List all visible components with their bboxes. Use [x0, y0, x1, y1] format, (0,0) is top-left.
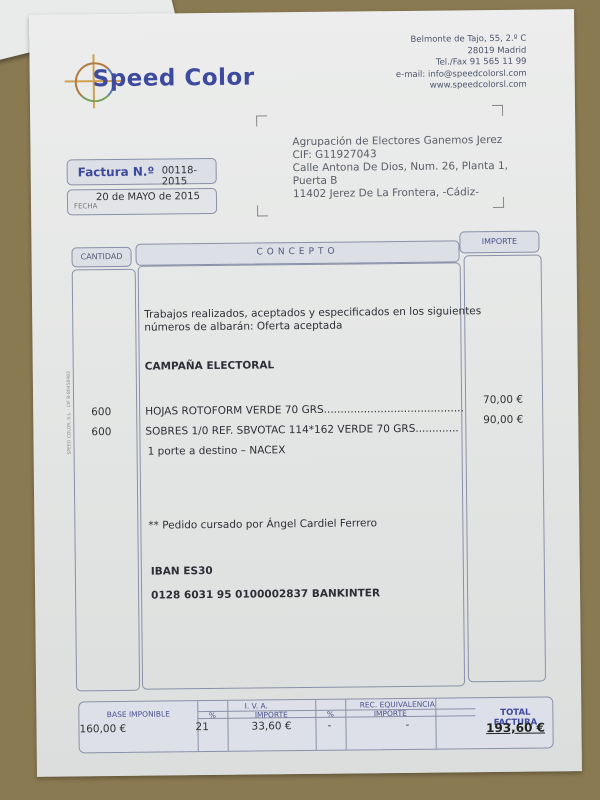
amount-column	[464, 255, 546, 683]
company-web: www.speedcolorsl.com	[396, 80, 527, 93]
base-value: 160,00 €	[79, 723, 126, 735]
company-address-1: Belmonte de Tajo, 55, 2.º C	[395, 34, 526, 47]
section-title: CAMPAÑA ELECTORAL	[145, 359, 275, 372]
quantity-header: CANTIDAD	[71, 247, 131, 268]
intro-line-2: números de albarán: Oferta aceptada	[144, 320, 342, 334]
rec-amount-label: IMPORTE	[345, 709, 435, 719]
item-amount: 90,00 €	[473, 414, 523, 427]
client-address: Agrupación de Electores Ganemos Jerez CI…	[292, 134, 508, 201]
totals-box: BASE IMPONIBLE 160,00 € I. V. A. REC. EQ…	[78, 696, 554, 753]
brand-name: Speed Color	[93, 65, 255, 93]
order-note: ** Pedido cursado por Ángel Cardiel Ferr…	[148, 517, 377, 531]
address-window-corner	[492, 105, 503, 116]
base-cell: BASE IMPONIBLE 160,00 €	[79, 701, 199, 752]
invoice-number: 00118-2015	[162, 165, 216, 188]
iva-pct-cell: % 21	[197, 701, 229, 751]
iva-amount-cell: IMPORTE 33,60 €	[227, 700, 317, 751]
iva-pct-label: %	[197, 711, 227, 720]
item-description: 1 porte a destino – NACEX	[148, 444, 286, 457]
concept-header-label: CONCEPTO	[136, 245, 458, 258]
iban-label: IBAN ES30	[151, 565, 213, 578]
company-logo: Speed Color	[65, 59, 246, 111]
amount-header: IMPORTE	[459, 231, 539, 254]
iva-pct: 21	[195, 721, 208, 733]
side-imprint: SPEED COLOR, S.L. · CIF B-80458483	[67, 371, 73, 454]
iban-account: 0128 6031 95 0100002837 BANKINTER	[151, 587, 380, 601]
rec-pct: -	[327, 720, 331, 732]
item-quantity: 600	[91, 426, 111, 438]
quantity-column	[72, 269, 140, 692]
invoice-number-box: Factura N.º 00118-2015	[67, 158, 217, 186]
rec-pct-cell: % -	[315, 700, 347, 750]
invoice-date-box: FECHA 20 de MAYO de 2015	[67, 188, 217, 216]
item-amount: 70,00 €	[473, 394, 523, 407]
address-window-corner	[257, 205, 268, 216]
item-quantity: 600	[91, 406, 111, 418]
total-value: 193,60 €	[479, 720, 551, 735]
quantity-header-label: CANTIDAD	[73, 252, 131, 262]
rec-amount-cell: IMPORTE -	[345, 699, 437, 750]
invoice-sheet: Speed Color Belmonte de Tajo, 55, 2.º C …	[29, 9, 582, 777]
rec-pct-label: %	[315, 710, 345, 719]
address-window-corner	[256, 115, 267, 126]
rec-amount: -	[405, 719, 409, 731]
company-phone: Tel./Fax 91 565 11 99	[396, 57, 527, 70]
iva-amount-label: IMPORTE	[227, 710, 315, 720]
client-name: Agrupación de Electores Ganemos Jerez	[292, 134, 507, 149]
base-label: BASE IMPONIBLE	[79, 709, 197, 719]
amount-header-label: IMPORTE	[460, 237, 538, 247]
client-city: 11402 Jerez De La Frontera, -Cádiz-	[293, 186, 508, 201]
client-street: Calle Antona De Dios, Num. 26, Planta 1,	[293, 160, 508, 175]
iva-amount: 33,60 €	[251, 720, 291, 732]
company-contact: Belmonte de Tajo, 55, 2.º C 28019 Madrid…	[395, 34, 526, 93]
invoice-date: 20 de MAYO de 2015	[96, 191, 200, 203]
date-label: FECHA	[74, 202, 97, 210]
invoice-number-label: Factura N.º	[78, 165, 155, 180]
